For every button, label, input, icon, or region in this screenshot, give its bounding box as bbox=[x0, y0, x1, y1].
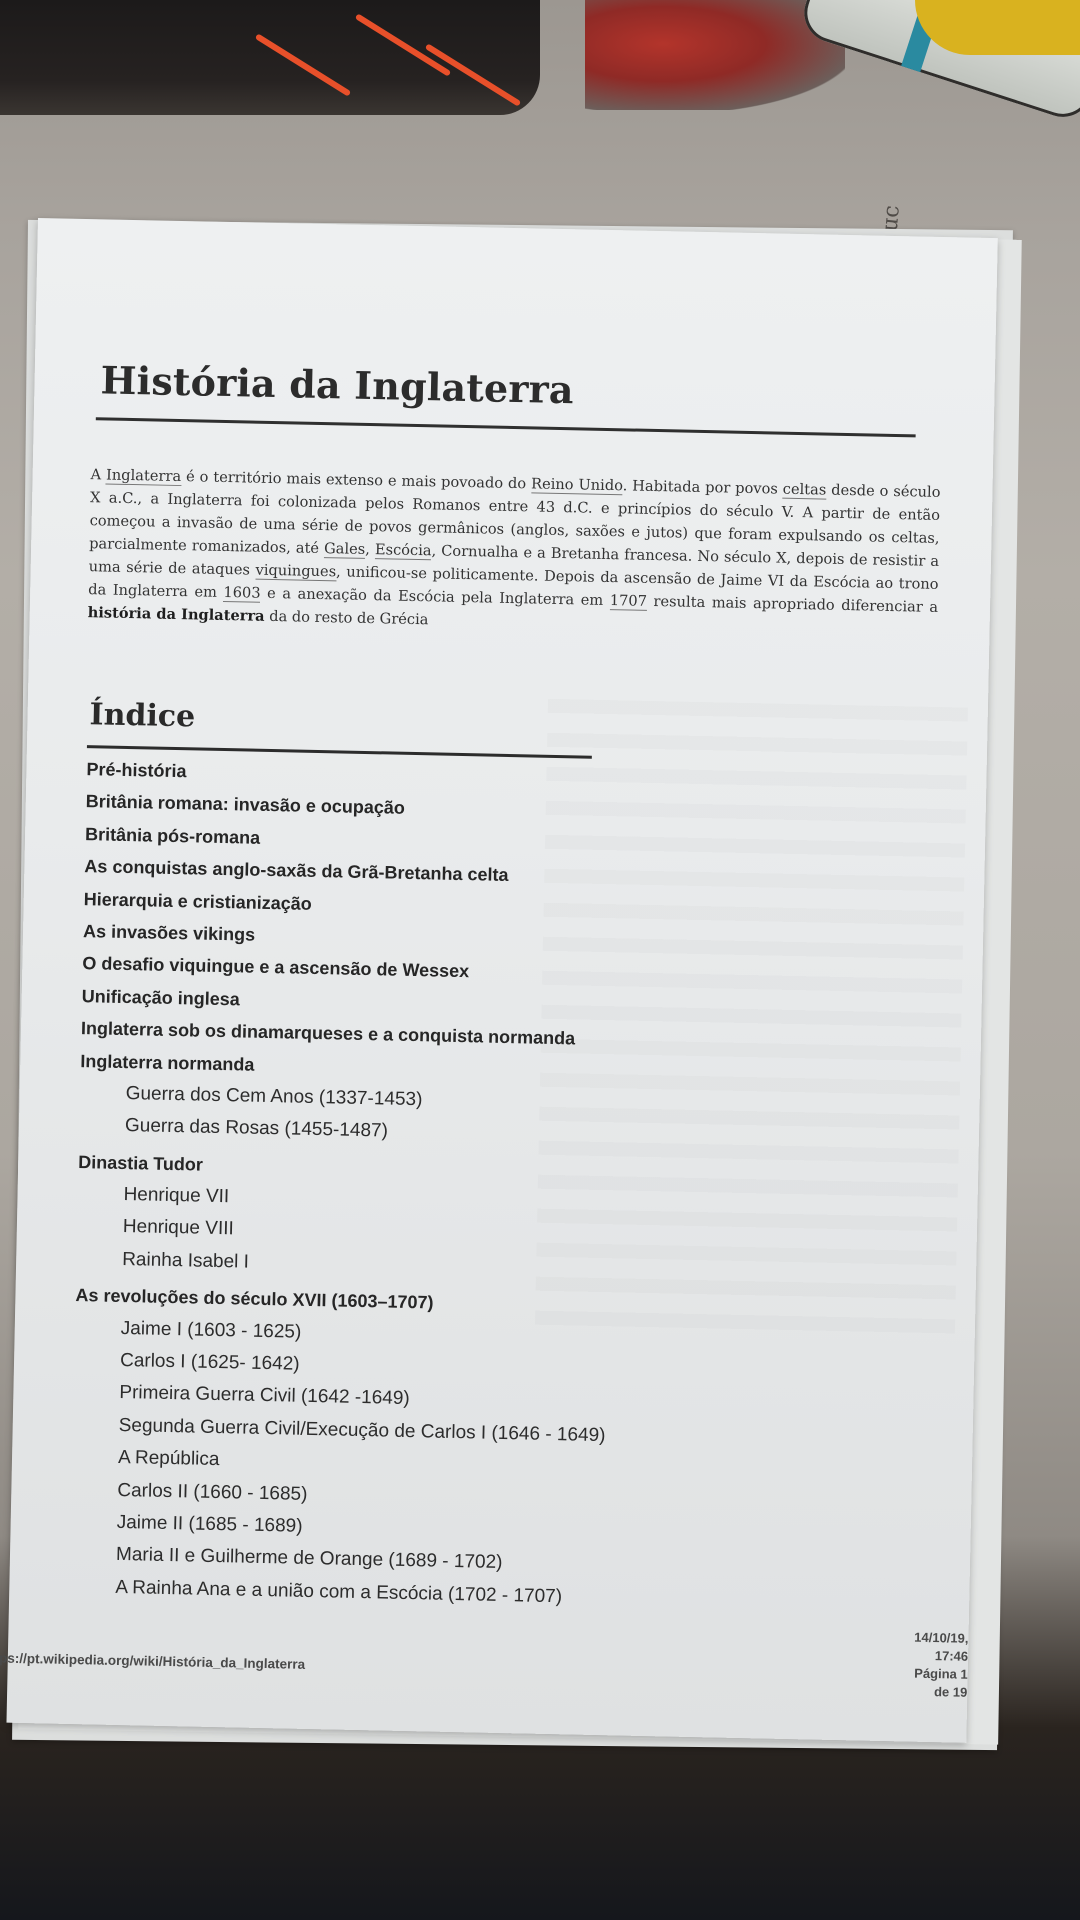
intro-link[interactable]: viquingues bbox=[255, 562, 336, 582]
intro-text: é o território mais extenso e mais povoa… bbox=[181, 468, 531, 492]
page-number: Página 1 de 19 bbox=[907, 1665, 968, 1702]
intro-text: A bbox=[90, 466, 106, 483]
pencil-case-stripe bbox=[355, 13, 451, 76]
intro-link[interactable]: Inglaterra bbox=[106, 466, 181, 486]
intro-text: da do resto de Grécia bbox=[264, 608, 428, 628]
pencil-case-stripe bbox=[425, 43, 521, 106]
print-datetime: 14/10/19, 17:46 bbox=[908, 1629, 969, 1666]
intro-text: e a anexação da Escócia pela Inglaterra … bbox=[260, 585, 610, 609]
intro-paragraph: A Inglaterra é o território mais extenso… bbox=[88, 463, 941, 642]
intro-link[interactable]: Escócia bbox=[375, 541, 432, 560]
index-heading: Índice bbox=[89, 697, 195, 734]
pencil-case-stripe bbox=[255, 33, 351, 96]
printed-page: História da Inglaterra A Inglaterra é o … bbox=[6, 218, 997, 1743]
intro-link[interactable]: Gales bbox=[324, 540, 366, 559]
intro-link[interactable]: 1603 bbox=[223, 584, 261, 603]
table-of-contents: Pré-históriaBritânia romana: invasão e o… bbox=[69, 753, 620, 1614]
intro-bold-text: história da Inglaterra bbox=[88, 604, 265, 625]
title-underline bbox=[96, 417, 916, 437]
intro-text: . Habitada por povos bbox=[623, 477, 783, 497]
page-title: História da Inglaterra bbox=[100, 357, 574, 412]
pencil-case bbox=[0, 0, 540, 115]
intro-text: resulta mais apropriado diferenciar a bbox=[647, 593, 938, 616]
footer-url: https://pt.wikipedia.org/wiki/História_d… bbox=[0, 1650, 305, 1672]
intro-text: , bbox=[365, 541, 375, 558]
intro-link[interactable]: celtas bbox=[783, 481, 827, 500]
footer-meta: 14/10/19, 17:46 Página 1 de 19 bbox=[907, 1629, 968, 1702]
intro-link[interactable]: 1707 bbox=[610, 592, 648, 611]
intro-link[interactable]: Reino Unido bbox=[531, 475, 623, 495]
